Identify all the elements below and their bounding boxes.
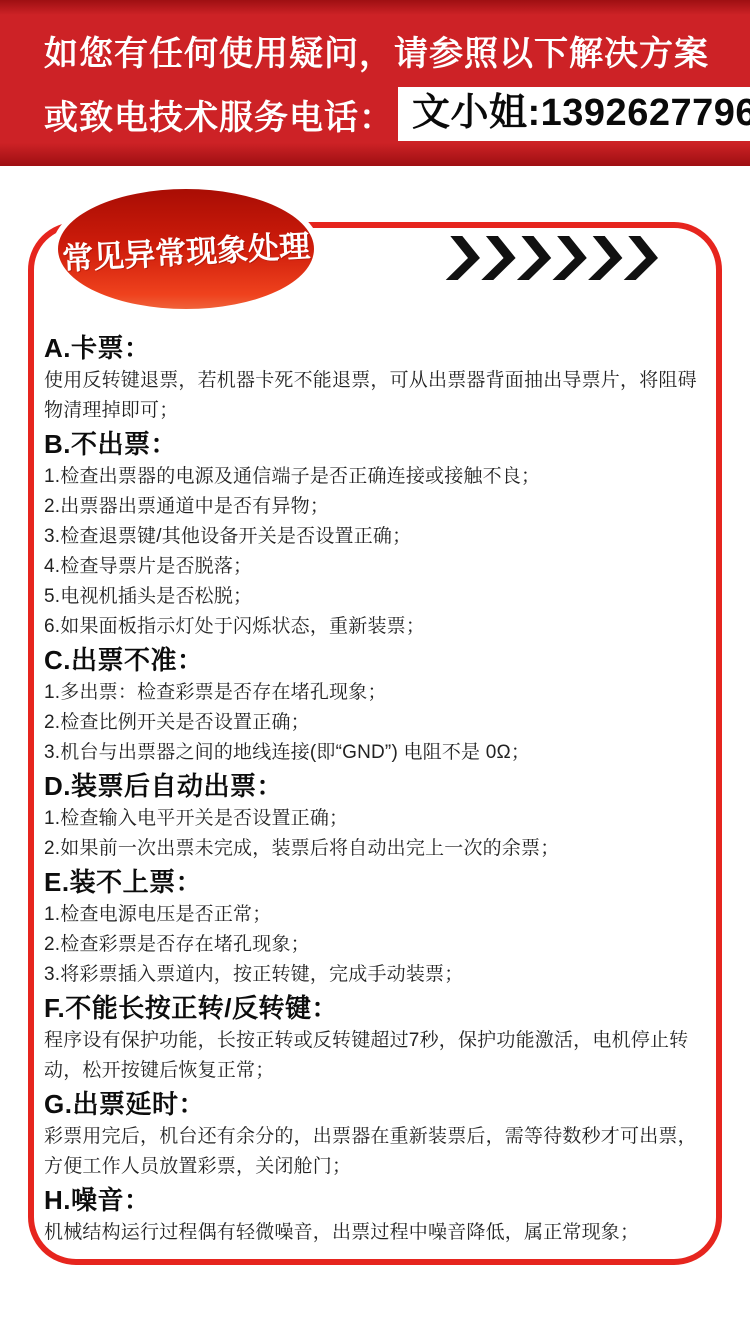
badge-title: 常见异常现象处理 (61, 220, 311, 278)
section: H.噪音：机械结构运行过程偶有轻微噪音，出票过程中噪音降低，属正常现象； (44, 1182, 710, 1248)
section-item: 2.如果前一次出票未完成，装票后将自动出完上一次的余票； (44, 834, 710, 864)
section-item: 2.检查彩票是否存在堵孔现象； (44, 930, 710, 960)
section-heading: F.不能长按正转/反转键： (44, 990, 710, 1026)
sections-list: A.卡票：使用反转键退票，若机器卡死不能退票，可从出票器背面抽出导票片，将阻碍物… (34, 228, 716, 1248)
chevron-arrow-icon (624, 236, 661, 280)
banner-line2-label: 或致电技术服务电话： (44, 90, 394, 139)
section-item: 4.检查导票片是否脱落； (44, 552, 710, 582)
top-banner: 如您有任何使用疑问，请参照以下解决方案 或致电技术服务电话： 文小姐:13926… (0, 0, 750, 166)
section-item: 彩票用完后，机台还有余分的，出票器在重新装票后，需等待数秒才可出票，方便工作人员… (44, 1122, 710, 1182)
badge-ellipse: 常见异常现象处理 (52, 183, 320, 315)
section-heading: G.出票延时： (44, 1086, 710, 1122)
section-item: 2.检查比例开关是否设置正确； (44, 708, 710, 738)
section-heading: H.噪音： (44, 1182, 710, 1218)
section-item: 3.将彩票插入票道内，按正转键，完成手动装票； (44, 960, 710, 990)
phone-box: 文小姐:13926277968 (398, 87, 750, 141)
section-heading: A.卡票： (44, 330, 710, 366)
section-item: 1.检查输入电平开关是否设置正确； (44, 804, 710, 834)
section-item: 5.电视机插头是否松脱； (44, 582, 710, 612)
troubleshooting-panel: A.卡票：使用反转键退票，若机器卡死不能退票，可从出票器背面抽出导票片，将阻碍物… (28, 222, 722, 1265)
section-item: 1.检查出票器的电源及通信端子是否正确连接或接触不良； (44, 462, 710, 492)
section-heading: D.装票后自动出票： (44, 768, 710, 804)
section-item: 6.如果面板指示灯处于闪烁状态，重新装票； (44, 612, 710, 642)
section: C.出票不准：1.多出票：检查彩票是否存在堵孔现象；2.检查比例开关是否设置正确… (44, 642, 710, 768)
section: G.出票延时：彩票用完后，机台还有余分的，出票器在重新装票后，需等待数秒才可出票… (44, 1086, 710, 1182)
section: F.不能长按正转/反转键：程序设有保护功能，长按正转或反转键超过7秒，保护功能激… (44, 990, 710, 1086)
chevron-arrow-icon (481, 236, 518, 280)
section-heading: C.出票不准： (44, 642, 710, 678)
section-item: 2.出票器出票通道中是否有异物； (44, 492, 710, 522)
section: A.卡票：使用反转键退票，若机器卡死不能退票，可从出票器背面抽出导票片，将阻碍物… (44, 330, 710, 426)
section: E.装不上票：1.检查电源电压是否正常；2.检查彩票是否存在堵孔现象；3.将彩票… (44, 864, 710, 990)
section-item: 使用反转键退票，若机器卡死不能退票，可从出票器背面抽出导票片，将阻碍物清理掉即可… (44, 366, 710, 426)
chevron-arrow-icon (446, 236, 483, 280)
section-item: 机械结构运行过程偶有轻微噪音，出票过程中噪音降低，属正常现象； (44, 1218, 710, 1248)
chevron-arrow-icon (588, 236, 625, 280)
poster: 如您有任何使用疑问，请参照以下解决方案 或致电技术服务电话： 文小姐:13926… (0, 0, 750, 1335)
chevron-arrow-icon (517, 236, 554, 280)
chevrons-icon (446, 236, 665, 280)
section: B.不出票：1.检查出票器的电源及通信端子是否正确连接或接触不良；2.出票器出票… (44, 426, 710, 642)
section: D.装票后自动出票：1.检查输入电平开关是否设置正确；2.如果前一次出票未完成，… (44, 768, 710, 864)
section-heading: B.不出票： (44, 426, 710, 462)
section-item: 1.多出票：检查彩票是否存在堵孔现象； (44, 678, 710, 708)
phone-number: 文小姐:13926277968 (412, 92, 750, 134)
section-item: 程序设有保护功能，长按正转或反转键超过7秒，保护功能激活，电机停止转动，松开按键… (44, 1026, 710, 1086)
banner-line1: 如您有任何使用疑问，请参照以下解决方案 (44, 26, 750, 75)
section-item: 1.检查电源电压是否正常； (44, 900, 710, 930)
chevron-arrow-icon (552, 236, 589, 280)
section-heading: E.装不上票： (44, 864, 710, 900)
section-item: 3.机台与出票器之间的地线连接(即“GND”) 电阻不是 0Ω； (44, 738, 710, 768)
banner-line2: 或致电技术服务电话： 文小姐:13926277968 (44, 87, 750, 141)
section-item: 3.检查退票键/其他设备开关是否设置正确； (44, 522, 710, 552)
